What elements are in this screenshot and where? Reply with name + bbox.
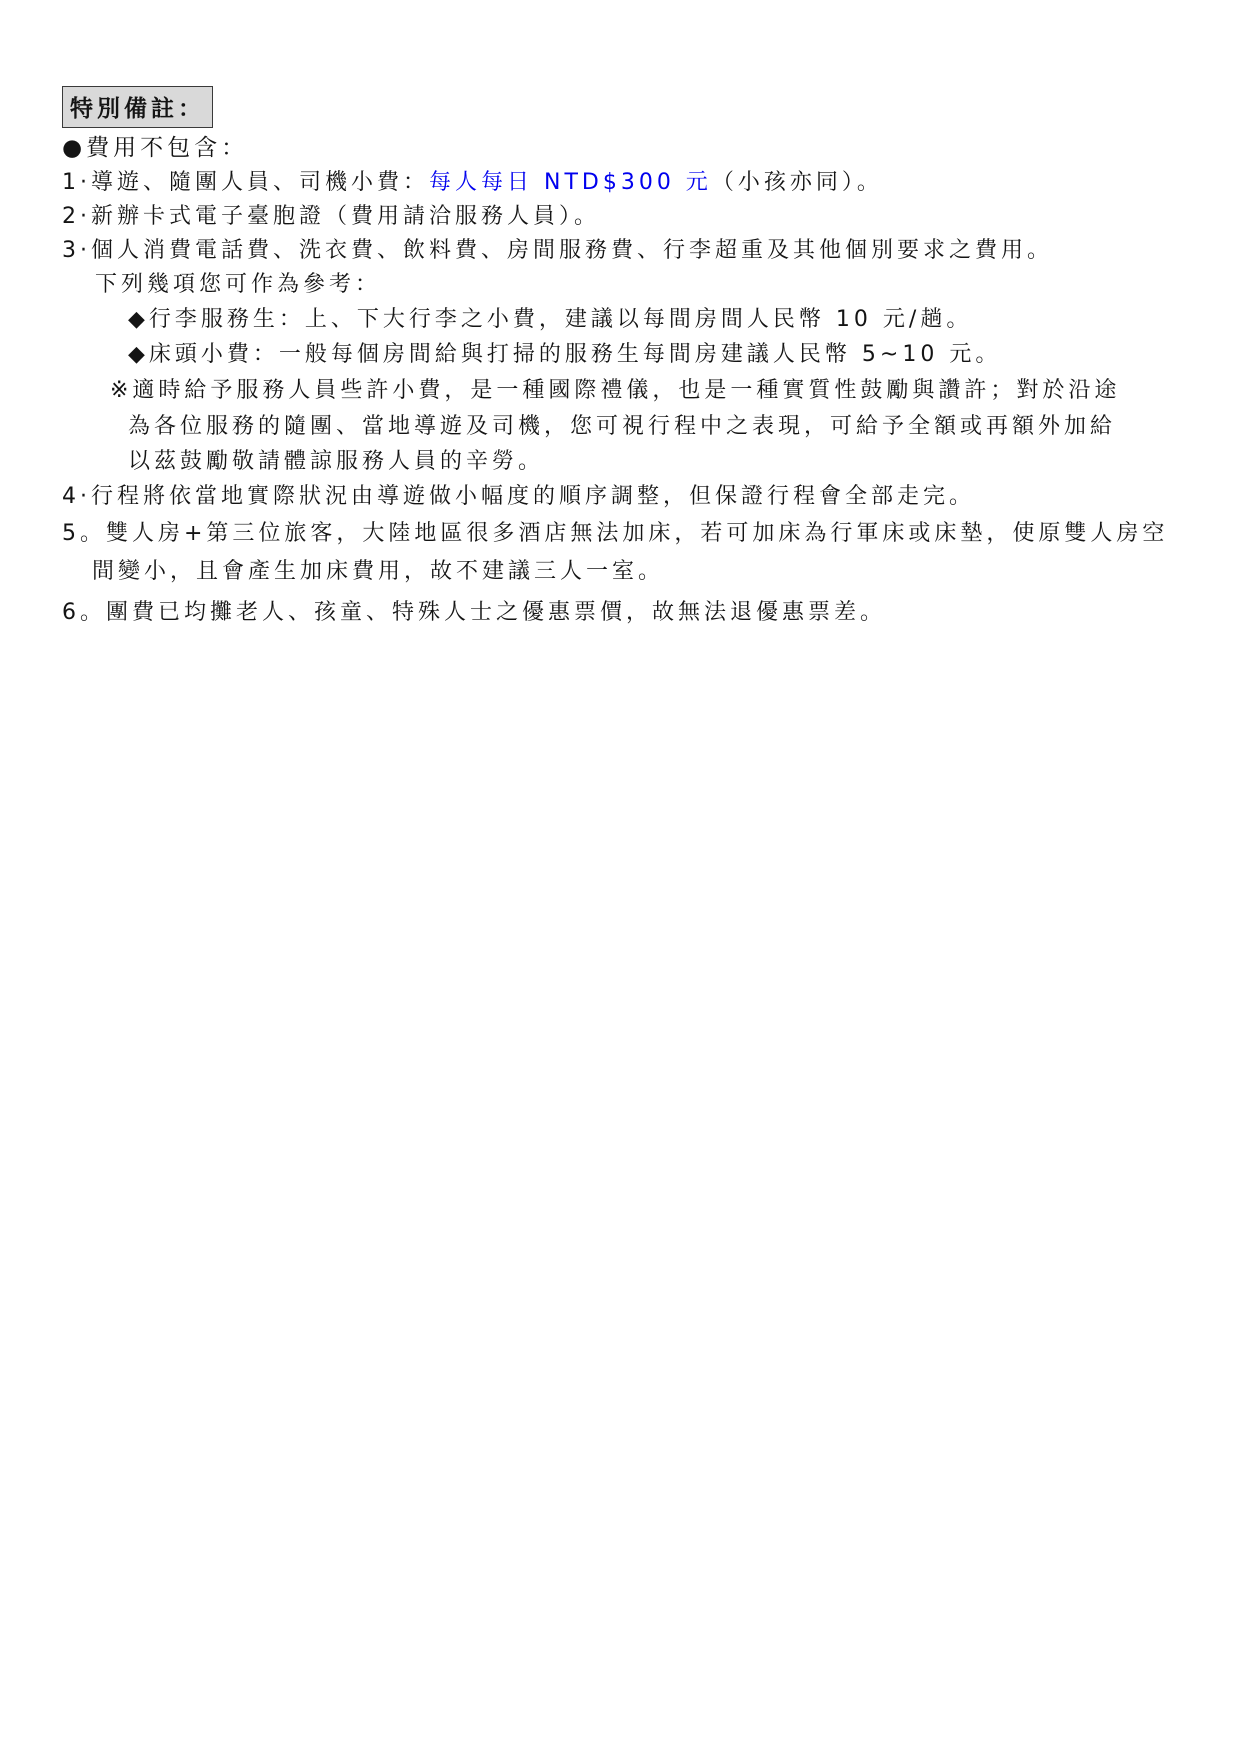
list-item-6: 6。團費已均攤老人、孩童、特殊人士之優惠票價，故無法退優惠票差。 <box>62 598 886 628</box>
tipping-note-line1-text: ※適時給予服務人員些許小費，是一種國際禮儀，也是一種實質性鼓勵與讚許；對於沿途 <box>110 378 1120 403</box>
tip-luggage-text: ◆行李服務生：上、下大行李之小費，建議以每間房間人民幣 10 元/趟。 <box>128 307 972 332</box>
tipping-note-line2-text: 為各位服務的隨團、當地導遊及司機，您可視行程中之表現，可給予全額或再額外加給 <box>128 414 1116 439</box>
list-item-1: 1·導遊、隨團人員、司機小費：每人每日 NTD$300 元（小孩亦同）。 <box>62 168 883 198</box>
tipping-note-line-3: 以茲鼓勵敬請體諒服務人員的辛勞。 <box>128 447 544 477</box>
list-item-4: 4·行程將依當地實際狀況由導遊做小幅度的順序調整，但保證行程會全部走完。 <box>62 482 975 512</box>
list-item-5-line-1: 5。雙人房+第三位旅客，大陸地區很多酒店無法加床，若可加床為行軍床或床墊，使原雙… <box>62 519 1168 549</box>
tip-luggage-attendant: ◆行李服務生：上、下大行李之小費，建議以每間房間人民幣 10 元/趟。 <box>128 305 972 335</box>
item4-text: 4·行程將依當地實際狀況由導遊做小幅度的順序調整，但保證行程會全部走完。 <box>62 484 975 509</box>
tip-bedside: ◆床頭小費：一般每個房間給與打掃的服務生每間房建議人民幣 5~10 元。 <box>128 340 1001 370</box>
item1-highlight-tip-amount: 每人每日 NTD$300 元 <box>429 170 712 195</box>
tipping-note-line-2: 為各位服務的隨團、當地導遊及司機，您可視行程中之表現，可給予全額或再額外加給 <box>128 412 1116 442</box>
section-title: 特別備註： <box>70 96 205 122</box>
list-item-3: 3·個人消費電話費、洗衣費、飲料費、房間服務費、行李超重及其他個別要求之費用。 <box>62 236 1053 266</box>
list-item-5-line-2: 間變小，且會產生加床費用，故不建議三人一室。 <box>92 557 664 587</box>
fee-exclusions-heading-text: ●費用不包含： <box>62 135 248 161</box>
item6-text: 6。團費已均攤老人、孩童、特殊人士之優惠票價，故無法退優惠票差。 <box>62 600 886 625</box>
document-page: 特別備註： ●費用不包含： 1·導遊、隨團人員、司機小費：每人每日 NTD$30… <box>0 0 1241 1755</box>
item3-text: 3·個人消費電話費、洗衣費、飲料費、房間服務費、行李超重及其他個別要求之費用。 <box>62 238 1053 263</box>
reference-intro-text: 下列幾項您可作為參考： <box>95 272 381 297</box>
item5-line1-text: 5。雙人房+第三位旅客，大陸地區很多酒店無法加床，若可加床為行軍床或床墊，使原雙… <box>62 521 1168 546</box>
item2-text: 2·新辦卡式電子臺胞證（費用請洽服務人員）。 <box>62 204 600 229</box>
item5-line2-text: 間變小，且會產生加床費用，故不建議三人一室。 <box>92 559 664 584</box>
item1-prefix: 1·導遊、隨團人員、司機小費： <box>62 170 429 195</box>
item1-suffix: （小孩亦同）。 <box>712 170 883 195</box>
list-item-2: 2·新辦卡式電子臺胞證（費用請洽服務人員）。 <box>62 202 600 232</box>
tipping-note-line-1: ※適時給予服務人員些許小費，是一種國際禮儀，也是一種實質性鼓勵與讚許；對於沿途 <box>110 376 1120 406</box>
section-title-box: 特別備註： <box>62 86 213 128</box>
tip-bedside-text: ◆床頭小費：一般每個房間給與打掃的服務生每間房建議人民幣 5~10 元。 <box>128 342 1001 367</box>
tipping-note-line3-text: 以茲鼓勵敬請體諒服務人員的辛勞。 <box>128 449 544 474</box>
fee-exclusions-heading: ●費用不包含： <box>62 133 248 163</box>
reference-intro: 下列幾項您可作為參考： <box>95 270 381 300</box>
